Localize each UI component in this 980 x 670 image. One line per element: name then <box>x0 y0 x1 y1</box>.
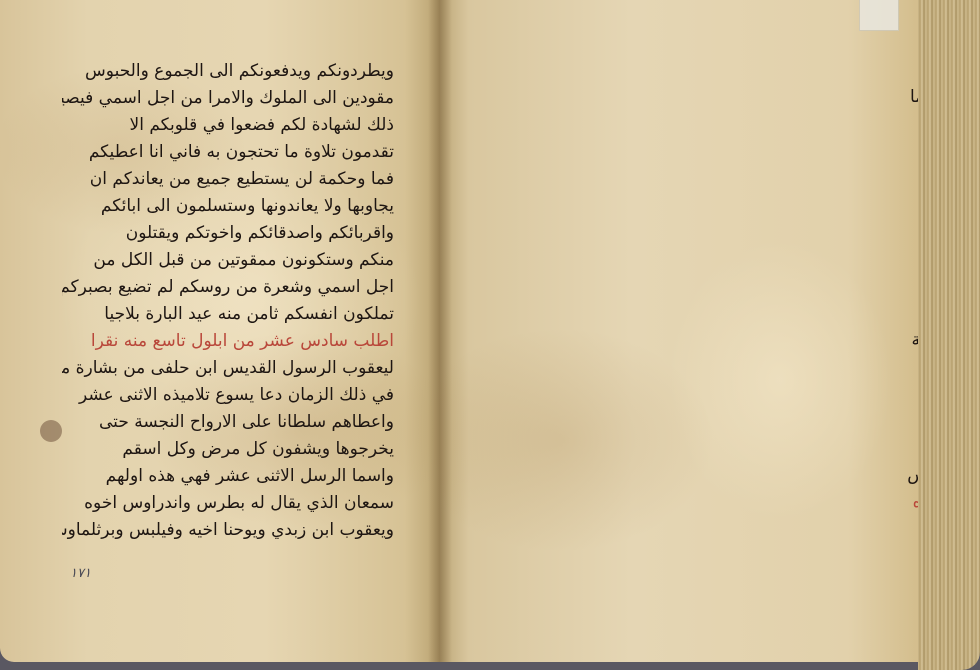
text-line: واقربائكم واصدقائكم واخوتكم ويقتلون <box>62 220 394 247</box>
open-manuscript: ويطردونكم ويدفعونكم الى الجموع والحبوس م… <box>0 0 980 670</box>
left-page: ويطردونكم ويدفعونكم الى الجموع والحبوس م… <box>0 0 440 662</box>
text-line: احذروا من الناس فانهم سيلقون ايديهم عليك… <box>900 516 920 543</box>
text-line: ما كان له واتباعها وايضا تشبه ملكوت السم… <box>900 57 920 84</box>
text-line: لملكوت السماوات هو شبيه برجل سيد منزل <box>900 219 920 246</box>
ink-stain <box>40 420 62 442</box>
text-line: فقال لهم يسوع افهمتم هذه كلها فقالوا الل… <box>900 165 920 192</box>
right-page: ما كان له واتباعها وايضا تشبه ملكوت السم… <box>440 0 920 662</box>
text-line: فما وحكمة لن يستطيع جميع من يعاندكم ان <box>62 166 394 193</box>
text-line: اجل اسمي وشعرة من روسكم لم تضيع بصبركم <box>62 274 394 301</box>
text-line: يخرج من ذخيرته اشيا جددا وعتقا وصار <box>900 246 920 273</box>
text-line: واتا الى موطنه فعلمهم في مجمعهم زابع منه <box>900 300 920 327</box>
text-line: منكم وستكونون ممقوتين من قبل الكل من <box>62 247 394 274</box>
text-line: ذلك لشهادة لكم فضعوا في قلوبكم الا <box>62 112 394 139</box>
right-page-text: ما كان له واتباعها وايضا تشبه ملكوت السم… <box>900 57 920 543</box>
text-line: السابع عيد القديسين المعظمين سرجيوس وبخس <box>900 462 920 489</box>
text-line: لما اتم يسوع هذه الامثال انه انتقل من هن… <box>900 273 920 300</box>
rubric-line: اطلب سابع وعشرين من ابلول سادس منه عيد <box>900 354 920 381</box>
book-gutter <box>428 0 452 662</box>
text-line: في ذلك الزمان دعا يسوع تلاميذه الاثنى عش… <box>62 382 394 409</box>
page-edges <box>918 0 980 670</box>
rubric-line: مع شرا من بشارة لوقا البشير قال الرب لتل… <box>900 489 920 516</box>
text-line: تقدمون تلاوة ما تحتجون به فاني انا اعطيك… <box>62 139 394 166</box>
rubric-line: الرسول توما اطلب يوم الاحد الجديد اليوم <box>900 435 920 462</box>
text-line: عيد القديس بروتاوس وبطرس الشاهد في الكهن… <box>900 327 920 354</box>
text-line: تملكون انفسكم ثامن منه عيد البارة بلاجيا <box>62 301 394 328</box>
text-line: يا سيدنا فقال لهم لهذا السبب كل كاتب يتل… <box>900 192 920 219</box>
text-line: مقودين الى الملوك والامرا من اجل اسمي في… <box>62 85 394 112</box>
left-page-text: ويطردونكم ويدفعونكم الى الجموع والحبوس م… <box>62 58 394 544</box>
text-line: واسما الرسل الاثنى عشر فهي هذه اولهم <box>62 463 394 490</box>
text-line: واعطاهم سلطانا على الارواح النجسة حتى <box>62 409 394 436</box>
text-line: يجاوبها ولا يعاندونها وستسلمون الى ابائك… <box>62 193 394 220</box>
text-line: ليعقوب الرسول القديس ابن حلفى من بشارة م… <box>62 355 394 382</box>
rubric-line: اطلب سادس عشر من ابلول تاسع منه نقرا <box>62 328 394 355</box>
folio-number: ١٧١ <box>70 566 91 581</box>
paper-tab <box>859 0 899 31</box>
rubric-line: اطلب رابع وعشرين من ابلول وفيه عيد القدي… <box>900 408 920 435</box>
text-line: ويعقوب ابن زبدي ويوحنا اخيه وفيلبس وبرثل… <box>62 517 394 544</box>
text-line: سمعان الذي يقال له بطرس واندراوس اخوه <box>62 490 394 517</box>
text-line: الاشيا الجيدة في اوعيتهم ورموا الفاسد خا… <box>900 138 920 165</box>
text-line: ويطردونكم ويدفعونكم الى الجموع والحبوس <box>62 58 394 85</box>
text-line: شبكة القيت في البحر فجمعت من كل جنس فلما <box>900 84 920 111</box>
text-line: امتلات اصعدها الى الشاطي وجلسوا فانتخبوا <box>900 111 920 138</box>
text-line: يخرجوها ويشفون كل مرض وكل اسقم <box>62 436 394 463</box>
text-line: الشاهدتين القديستين حارتينه وماملته <box>900 381 920 408</box>
